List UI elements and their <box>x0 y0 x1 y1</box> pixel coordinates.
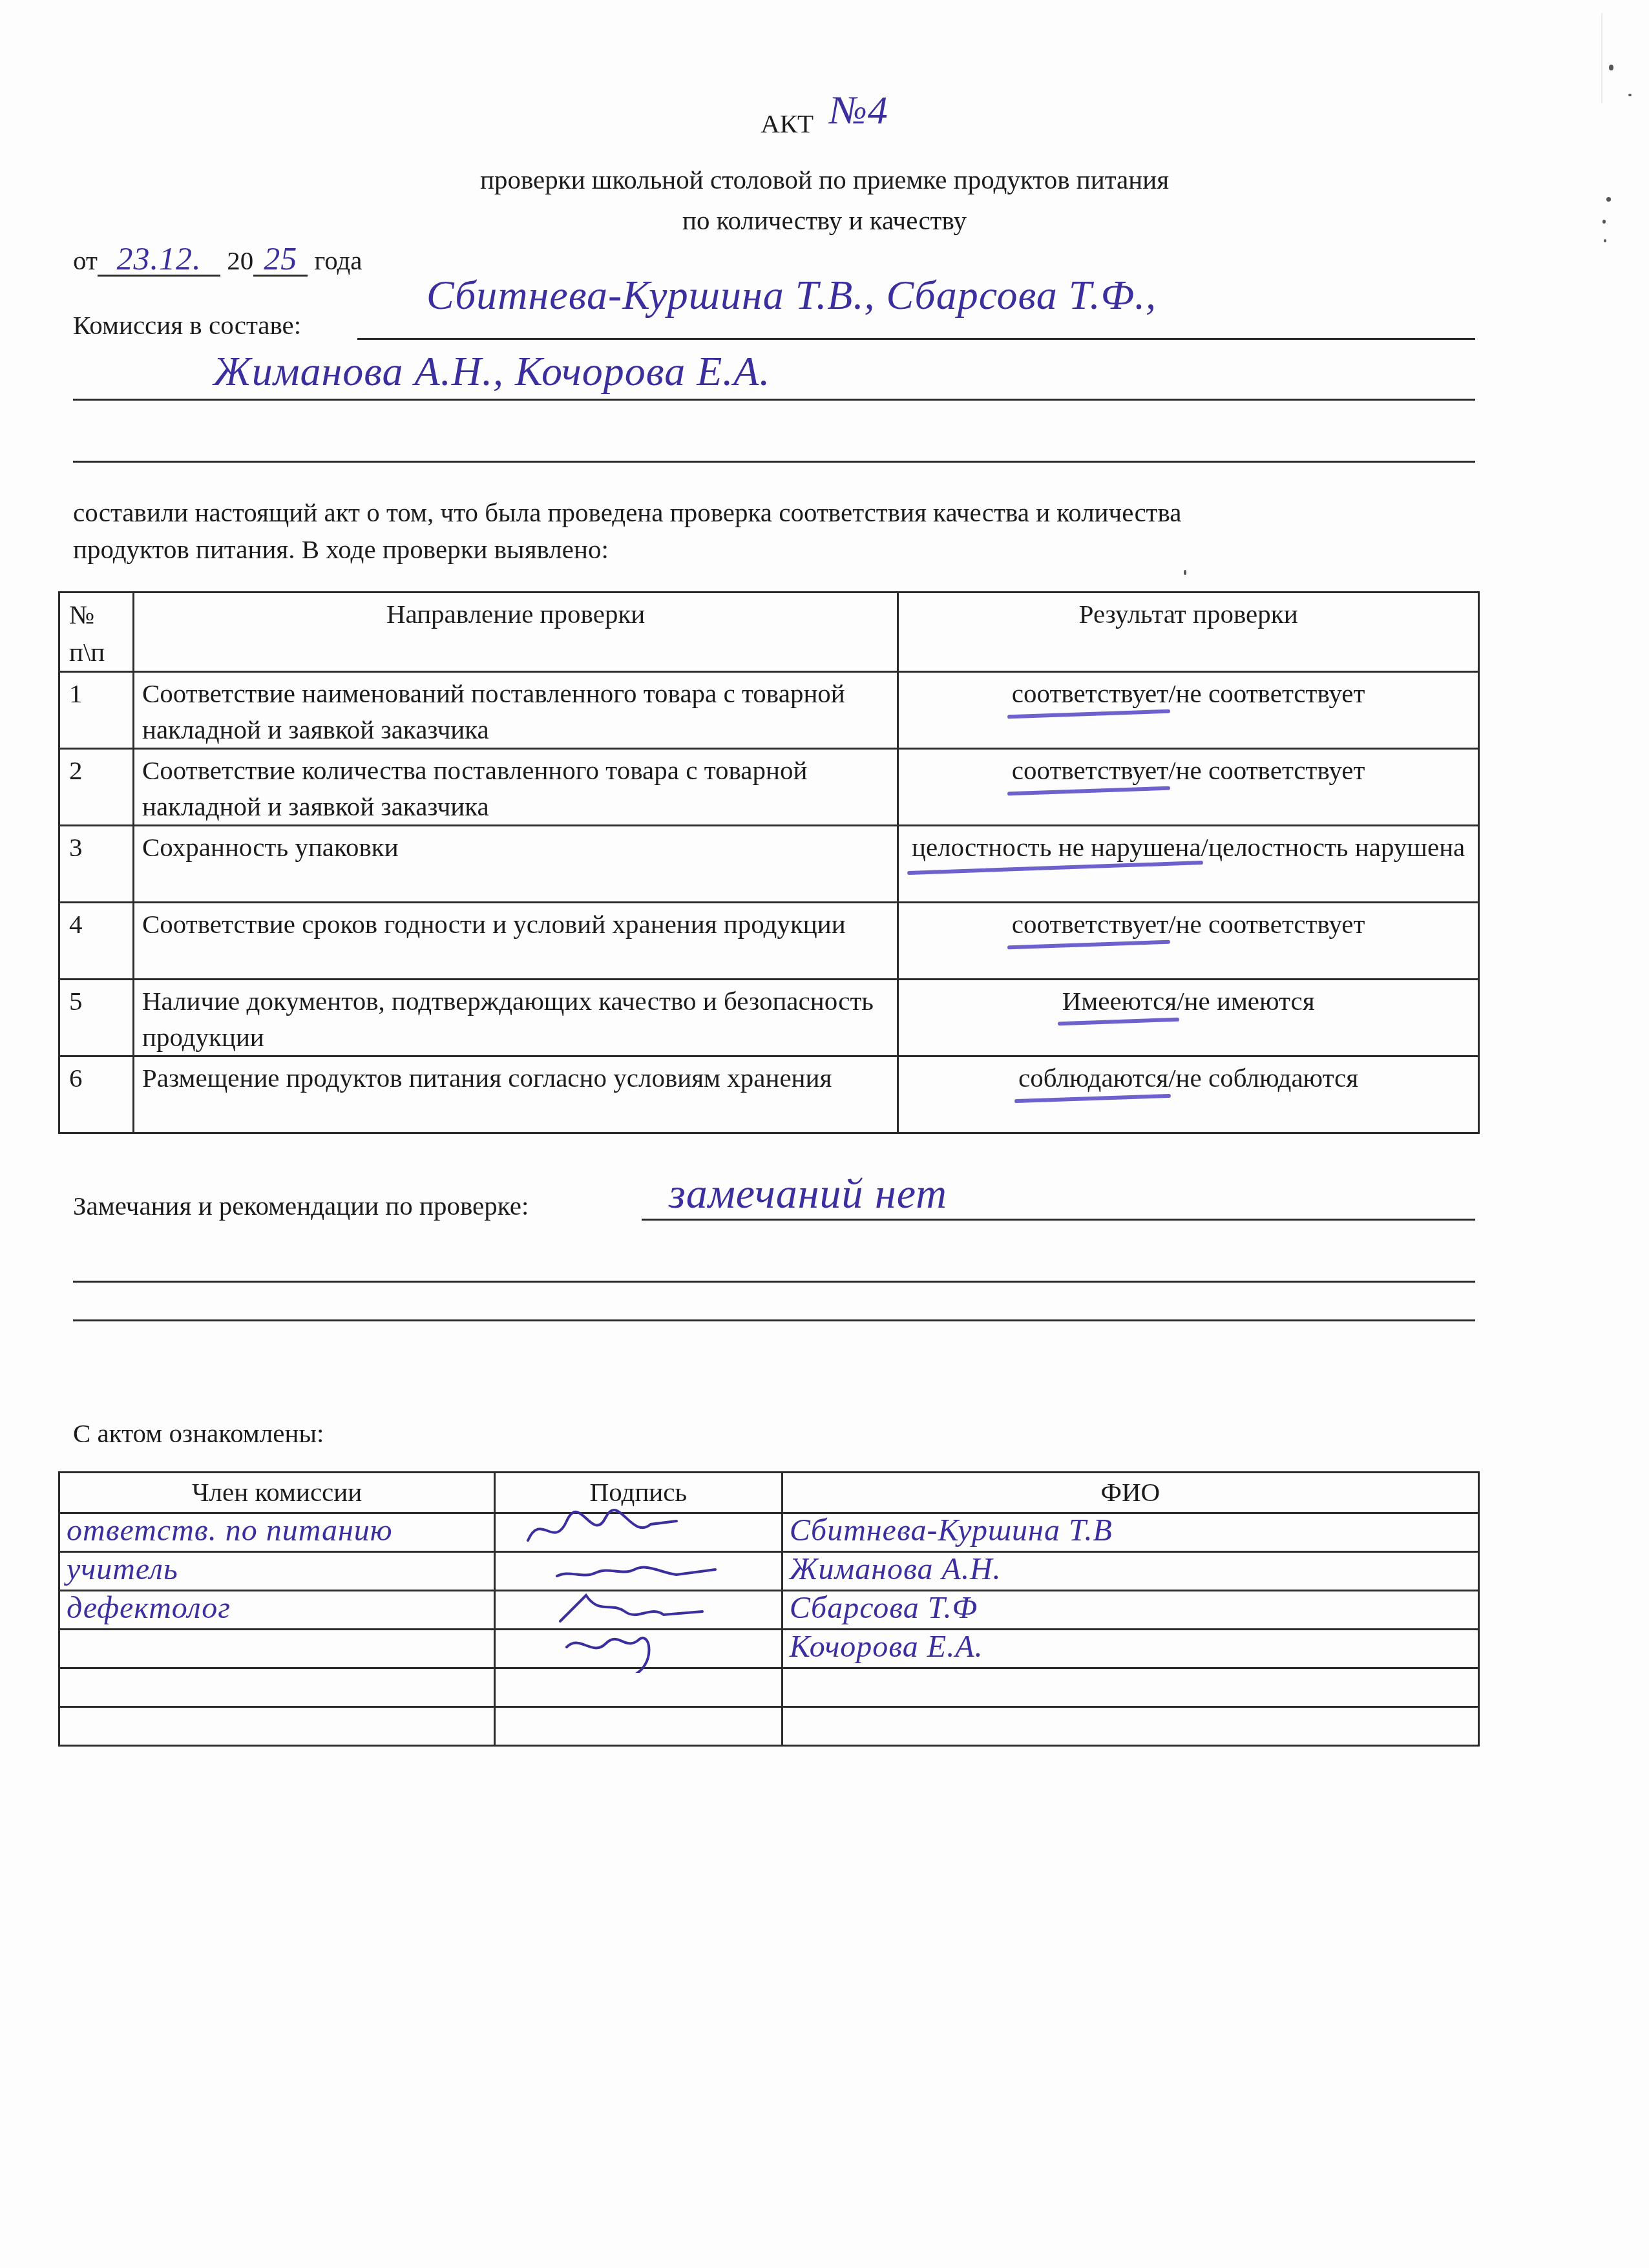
row-number: 2 <box>59 749 134 826</box>
date-line: от23.12. 2025 года <box>73 242 362 278</box>
row-direction: Соответствие сроков годности и условий х… <box>133 903 898 980</box>
handwritten-signature-icon <box>554 1621 748 1673</box>
intro-text-line-1: составили настоящий акт о том, что была … <box>73 494 1182 530</box>
full-name-cell[interactable]: Сбарсова Т.Ф <box>782 1591 1478 1630</box>
header-direction: Направление проверки <box>133 593 898 672</box>
member-role-cell[interactable] <box>59 1668 495 1707</box>
member-role-cell[interactable]: дефектолог <box>59 1591 495 1630</box>
member-role-cell[interactable] <box>59 1707 495 1746</box>
result-text: Имееются/не имеются <box>1062 986 1315 1016</box>
member-role-cell[interactable]: учитель <box>59 1552 495 1591</box>
commission-field-line-2[interactable] <box>73 399 1475 401</box>
member-role-cell[interactable] <box>59 1630 495 1668</box>
signatures-table: Член комиссии Подпись ФИО ответств. по п… <box>58 1471 1480 1747</box>
row-number: 5 <box>59 980 134 1056</box>
selected-option-underline <box>1058 1017 1179 1025</box>
scan-speck <box>1184 570 1186 575</box>
full-name-handwritten: Жиманова А.Н. <box>790 1550 1002 1589</box>
header-member: Член комиссии <box>59 1473 495 1513</box>
result-text: соответствует/не соответствует <box>1012 909 1365 939</box>
result-text: соответствует/не соответствует <box>1012 678 1365 708</box>
commission-members-handwritten-1: Сбитнева-Куршина Т.В., Сбарсова Т.Ф., <box>426 271 1157 319</box>
selected-option-underline <box>1014 1093 1171 1102</box>
full-name-cell[interactable]: Жиманова А.Н. <box>782 1552 1478 1591</box>
check-table-row: 1Соответствие наименований поставленного… <box>59 672 1479 749</box>
check-table-row: 3Сохранность упаковкицелостность не нару… <box>59 826 1479 903</box>
commission-field-line-3[interactable] <box>73 461 1475 463</box>
row-direction: Соответствие количества поставленного то… <box>133 749 898 826</box>
check-table-row: 5Наличие документов, подтверждающих каче… <box>59 980 1479 1056</box>
header-name: ФИО <box>782 1473 1478 1513</box>
scan-edge-shadow <box>1601 13 1602 103</box>
row-number: 4 <box>59 903 134 980</box>
acquainted-label: С актом ознакомлены: <box>73 1415 324 1451</box>
result-text: соответствует/не соответствует <box>1012 755 1365 785</box>
scan-speck <box>1606 197 1611 202</box>
header-number: № п\п <box>59 593 134 672</box>
result-text: целостность не нарушена/целостность нару… <box>912 832 1465 862</box>
scan-speck <box>1602 220 1606 224</box>
member-role-handwritten: дефектолог <box>67 1589 231 1628</box>
commission-field-line-1[interactable] <box>357 338 1475 340</box>
date-suffix: года <box>314 246 362 275</box>
full-name-handwritten: Сбитнева-Куршина Т.В <box>790 1511 1113 1550</box>
row-result-options[interactable]: соответствует/не соответствует <box>898 672 1479 749</box>
row-direction: Соответствие наименований поставленного … <box>133 672 898 749</box>
row-result-options[interactable]: Имееются/не имеются <box>898 980 1479 1056</box>
scan-speck <box>1604 239 1606 242</box>
check-table-row: 6Размещение продуктов питания согласно у… <box>59 1056 1479 1133</box>
signatures-table-header: Член комиссии Подпись ФИО <box>59 1473 1479 1513</box>
row-direction: Наличие документов, подтверждающих качес… <box>133 980 898 1056</box>
header-result: Результат проверки <box>898 593 1479 672</box>
row-number: 3 <box>59 826 134 903</box>
signature-cell[interactable] <box>495 1668 782 1707</box>
signature-row <box>59 1707 1479 1746</box>
signature-cell[interactable] <box>495 1630 782 1668</box>
remarks-field-line-3[interactable] <box>73 1319 1475 1321</box>
remarks-label: Замечания и рекомендации по проверке: <box>73 1188 529 1224</box>
row-result-options[interactable]: соответствует/не соответствует <box>898 749 1479 826</box>
check-table-row: 4Соответствие сроков годности и условий … <box>59 903 1479 980</box>
full-name-handwritten: Сбарсова Т.Ф <box>790 1589 978 1628</box>
signature-row: дефектологСбарсова Т.Ф <box>59 1591 1479 1630</box>
remarks-field-line-2[interactable] <box>73 1281 1475 1283</box>
member-role-handwritten: ответств. по питанию <box>67 1511 393 1550</box>
row-direction: Сохранность упаковки <box>133 826 898 903</box>
date-year-prefix: 20 <box>227 246 253 275</box>
selected-option-underline <box>1007 709 1171 719</box>
scan-speck <box>1609 65 1613 70</box>
signature-row <box>59 1668 1479 1707</box>
result-text: соблюдаются/не соблюдаются <box>1018 1063 1358 1093</box>
full-name-cell[interactable] <box>782 1707 1478 1746</box>
remarks-handwritten-value: замечаний нет <box>669 1170 947 1219</box>
date-prefix: от <box>73 246 98 275</box>
row-result-options[interactable]: соблюдаются/не соблюдаются <box>898 1056 1479 1133</box>
signature-row: ответств. по питаниюСбитнева-Куршина Т.В <box>59 1513 1479 1552</box>
signature-cell[interactable] <box>495 1707 782 1746</box>
date-day-month-field[interactable]: 23.12. <box>98 242 220 277</box>
signature-row: учительЖиманова А.Н. <box>59 1552 1479 1591</box>
selected-option-underline <box>1007 786 1171 795</box>
subtitle-line-2: по количеству и качеству <box>0 202 1649 238</box>
check-table-header: № п\п Направление проверки Результат про… <box>59 593 1479 672</box>
subtitle-line-1: проверки школьной столовой по приемке пр… <box>0 162 1649 198</box>
scan-speck <box>1628 94 1632 96</box>
member-role-handwritten: учитель <box>67 1550 178 1589</box>
full-name-cell[interactable]: Сбитнева-Куршина Т.В <box>782 1513 1478 1552</box>
check-results-table: № п\п Направление проверки Результат про… <box>58 591 1480 1134</box>
row-number: 6 <box>59 1056 134 1133</box>
title-text: АКТ <box>761 109 814 138</box>
intro-text-line-2: продуктов питания. В ходе проверки выявл… <box>73 531 609 567</box>
commission-members-handwritten-2: Жиманова А.Н., Кочорова Е.А. <box>213 348 770 395</box>
row-number: 1 <box>59 672 134 749</box>
remarks-field-line-1[interactable] <box>642 1219 1475 1221</box>
selected-option-underline <box>1007 940 1171 949</box>
commission-label: Комиссия в составе: <box>73 307 301 343</box>
act-number-handwritten: №4 <box>829 89 888 132</box>
date-year-field[interactable]: 25 <box>253 242 308 277</box>
document-title: АКТ №4 <box>0 97 1649 143</box>
full-name-cell[interactable]: Кочорова Е.А. <box>782 1630 1478 1668</box>
full-name-cell[interactable] <box>782 1668 1478 1707</box>
signature-row: Кочорова Е.А. <box>59 1630 1479 1668</box>
selected-option-underline <box>907 861 1203 875</box>
check-table-row: 2Соответствие количества поставленного т… <box>59 749 1479 826</box>
row-result-options[interactable]: целостность не нарушена/целостность нару… <box>898 826 1479 903</box>
row-direction: Размещение продуктов питания согласно ус… <box>133 1056 898 1133</box>
full-name-handwritten: Кочорова Е.А. <box>790 1628 983 1666</box>
row-result-options[interactable]: соответствует/не соответствует <box>898 903 1479 980</box>
member-role-cell[interactable]: ответств. по питанию <box>59 1513 495 1552</box>
